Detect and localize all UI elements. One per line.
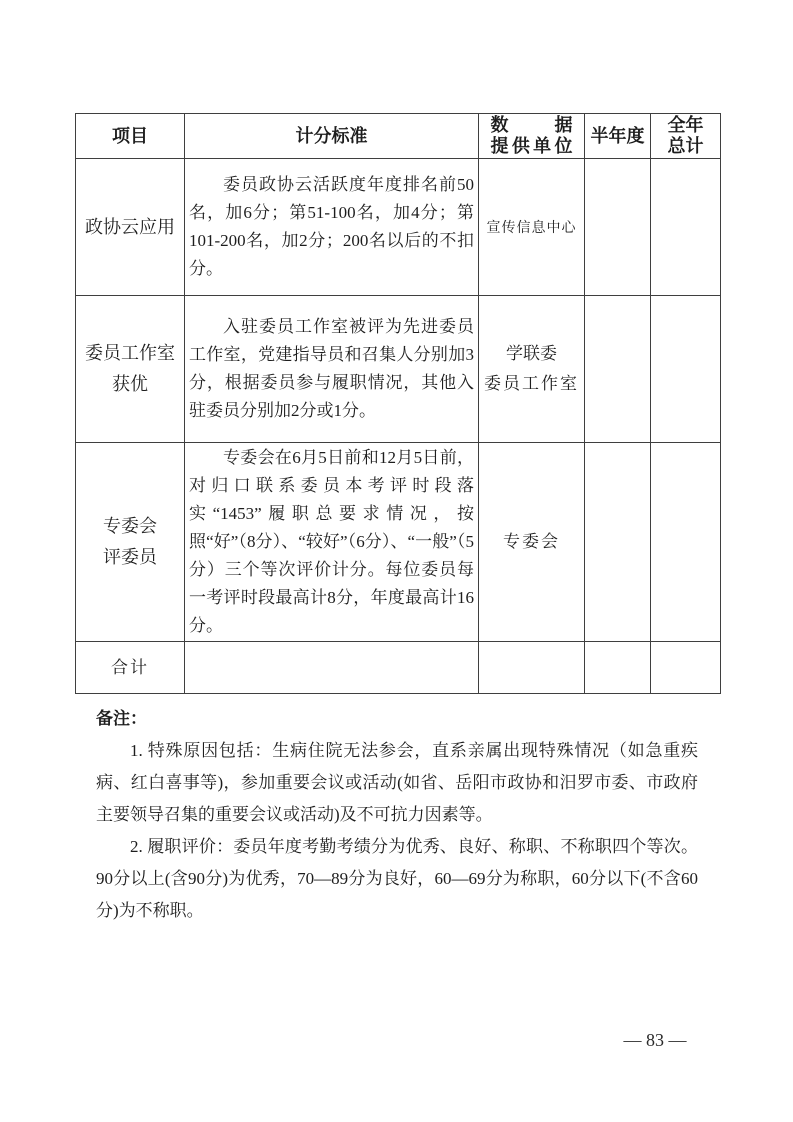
cell-annual (651, 296, 721, 443)
cell-half-year (585, 642, 651, 694)
cell-criteria: 专委会在6月5日前和12月5日前，对归口联系委员本考评时段落实“1453”履职总… (185, 443, 479, 642)
header-cell-annual: 全年 总计 (651, 114, 721, 159)
provider-line2: 委员工作室 (481, 369, 582, 399)
header-provider-line1: 数 据 (491, 115, 573, 136)
cell-half-year (585, 159, 651, 296)
item-label-line1: 委员工作室 (78, 338, 182, 369)
header-criteria-label: 计分标准 (296, 126, 368, 146)
criteria-text: 入驻委员工作室被评为先进委员工作室，党建指导员和召集人分别加3分，根据委员参与履… (189, 313, 474, 425)
header-cell-provider: 数 据 提供单位 (479, 114, 585, 159)
cell-annual (651, 159, 721, 296)
header-cell-criteria: 计分标准 (185, 114, 479, 159)
row-zhengxie-cloud: 政协云应用 委员政协云活跃度年度排名前50名，加6分；第51-100名，加4分；… (76, 159, 721, 296)
item-label-line1: 专委会 (78, 511, 182, 542)
cell-item: 委员工作室 获优 (76, 296, 185, 443)
cell-provider: 学联委 委员工作室 (479, 296, 585, 443)
scoring-table: 项目 计分标准 数 据 提供单位 半年度 全年 总计 (75, 113, 721, 694)
cell-item: 政协云应用 (76, 159, 185, 296)
cell-provider (479, 642, 585, 694)
item-label-line2: 获优 (78, 369, 182, 400)
cell-provider: 专委会 (479, 443, 585, 642)
header-item-label: 项目 (112, 126, 148, 146)
header-provider-line2: 提供单位 (491, 136, 573, 157)
provider-label: 宣传信息中心 (487, 221, 577, 236)
header-cell-half-year: 半年度 (585, 114, 651, 159)
table-header-row: 项目 计分标准 数 据 提供单位 半年度 全年 总计 (76, 114, 721, 159)
provider-label: 专委会 (503, 532, 560, 551)
item-label-line2: 评委员 (78, 542, 182, 573)
header-annual-line1: 全年 (653, 115, 718, 136)
item-label: 政协云应用 (85, 217, 175, 237)
note-item-1: 1. 特殊原因包括：生病住院无法参会，直系亲属出现特殊情况（如急重疾病、红白喜事… (96, 735, 698, 831)
header-annual-line2: 总计 (653, 136, 718, 157)
criteria-text: 委员政协云活跃度年度排名前50名，加6分；第51-100名，加4分；第101-2… (189, 171, 474, 283)
header-cell-item: 项目 (76, 114, 185, 159)
row-total: 合计 (76, 642, 721, 694)
cell-criteria: 委员政协云活跃度年度排名前50名，加6分；第51-100名，加4分；第101-2… (185, 159, 479, 296)
note-item-2: 2. 履职评价：委员年度考勤考绩分为优秀、良好、称职、不称职四个等次。90分以上… (96, 831, 698, 927)
row-committee-evaluation: 专委会 评委员 专委会在6月5日前和12月5日前，对归口联系委员本考评时段落实“… (76, 443, 721, 642)
provider-line1: 学联委 (481, 339, 582, 369)
total-label: 合计 (111, 658, 149, 677)
page-number: — 83 — (545, 1030, 765, 1051)
cell-half-year (585, 443, 651, 642)
notes-section: 备注： 1. 特殊原因包括：生病住院无法参会，直系亲属出现特殊情况（如急重疾病、… (96, 702, 698, 927)
cell-criteria (185, 642, 479, 694)
cell-annual (651, 443, 721, 642)
cell-annual (651, 642, 721, 694)
cell-criteria: 入驻委员工作室被评为先进委员工作室，党建指导员和召集人分别加3分，根据委员参与履… (185, 296, 479, 443)
notes-label: 备注： (96, 702, 698, 735)
header-half-year-label: 半年度 (591, 126, 645, 146)
document-page: 项目 计分标准 数 据 提供单位 半年度 全年 总计 (0, 0, 793, 1122)
cell-provider: 宣传信息中心 (479, 159, 585, 296)
cell-item: 合计 (76, 642, 185, 694)
row-workstation-award: 委员工作室 获优 入驻委员工作室被评为先进委员工作室，党建指导员和召集人分别加3… (76, 296, 721, 443)
cell-item: 专委会 评委员 (76, 443, 185, 642)
cell-half-year (585, 296, 651, 443)
criteria-text: 专委会在6月5日前和12月5日前，对归口联系委员本考评时段落实“1453”履职总… (189, 444, 474, 640)
